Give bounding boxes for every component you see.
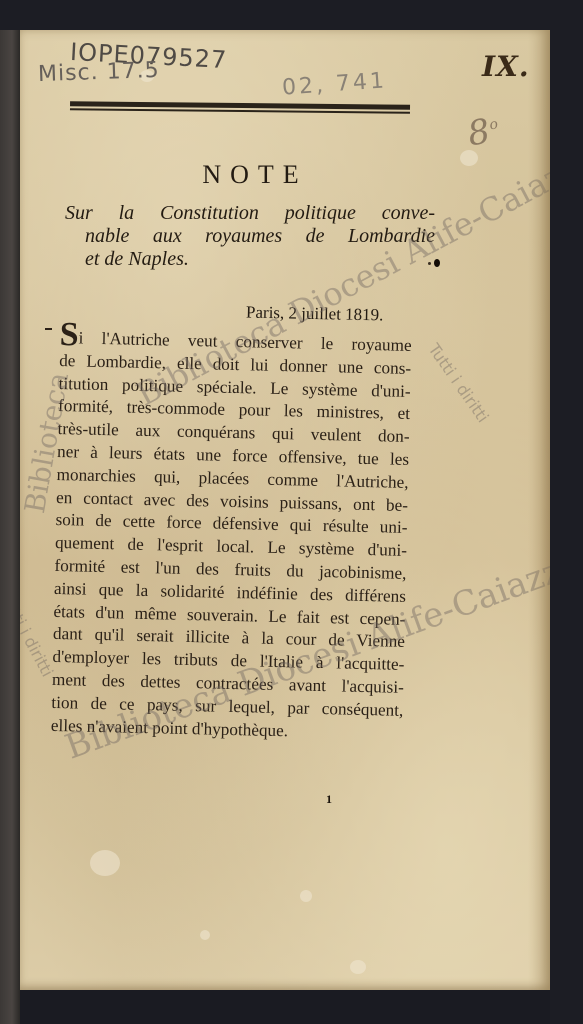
foxing-spot — [300, 890, 312, 902]
signature-mark: 1 — [326, 792, 332, 807]
foxing-spot — [350, 960, 366, 974]
subtitle-line: Sur la Constitution politique conve- — [65, 202, 435, 225]
roman-numeral-ink: IX. — [482, 50, 530, 83]
watermark-rights-right: Tutti i diritti — [424, 340, 492, 426]
double-rule-divider — [70, 101, 410, 116]
shelfmark-handwritten: Misc. 17.5 — [38, 58, 160, 87]
drop-cap: S — [59, 316, 79, 353]
ink-blot — [428, 262, 431, 265]
document-page: IOPE079527 Misc. 17.5 02, 741 IX. 8o NOT… — [20, 30, 550, 990]
body-paragraph: Si l'Autriche veut conserver le royaume … — [51, 325, 412, 745]
ink-blot — [434, 259, 440, 267]
scanner-bed-bottom — [20, 990, 550, 1024]
document-subtitle: Sur la Constitution politique conve- nab… — [65, 202, 435, 271]
margin-mark — [45, 328, 52, 330]
scanner-edge — [0, 30, 20, 1024]
foxing-spot — [200, 930, 210, 940]
subtitle-line: nable aux royaumes de Lombardie — [65, 225, 435, 248]
dateline: Paris, 2 juillet 1819. — [246, 303, 384, 326]
ordinal-superscript: o — [488, 116, 500, 133]
foxing-spot — [90, 850, 120, 876]
pencil-number: 02, 741 — [281, 68, 387, 100]
subtitle-line: et de Naples. — [65, 248, 435, 271]
ordinal-pencil: 8o — [465, 110, 504, 155]
document-title: NOTE — [20, 160, 470, 190]
